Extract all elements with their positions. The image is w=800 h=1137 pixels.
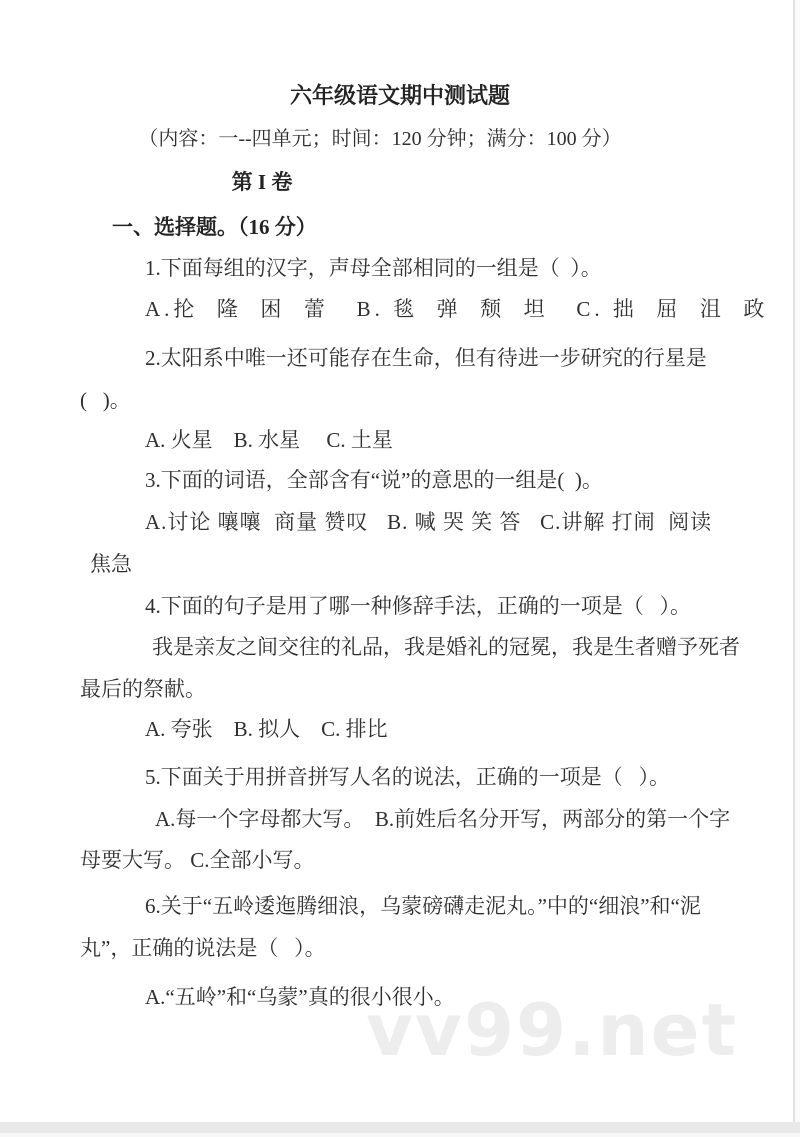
viewer-right-strip	[795, 0, 800, 1122]
q2-text-cont: ( )。	[80, 388, 131, 412]
q6-option-a: A.“五岭”和“乌蒙”真的很小很小。	[145, 985, 455, 1009]
next-page-top	[0, 1133, 800, 1137]
exam-title: 六年级语文期中测试题	[0, 84, 800, 108]
document-viewer: vv99.net 六年级语文期中测试题 （内容：一--四单元；时间：120 分钟…	[0, 0, 800, 1137]
q3-options-cont: 焦急	[90, 552, 132, 576]
exam-meta: （内容：一--四单元；时间：120 分钟；满分：100 分）	[0, 127, 780, 151]
document-page: vv99.net 六年级语文期中测试题 （内容：一--四单元；时间：120 分钟…	[0, 0, 800, 1122]
q4-passage-cont: 最后的祭献。	[80, 677, 206, 701]
q5-options: A.每一个字母都大写。 B.前姓后名分开写，两部分的第一个字	[155, 807, 730, 831]
page-gap	[0, 1122, 800, 1133]
q2-text: 2.太阳系中唯一还可能存在生命，但有待进一步研究的行星是	[145, 346, 707, 370]
volume-heading: 第 I 卷	[0, 170, 662, 194]
q1-options: A.抡 隆 困 蕾 B. 毯 弹 颓 坦 C. 拙 屈 沮 政	[145, 297, 768, 321]
section-heading: 一、选择题。（16 分）	[112, 215, 317, 239]
q4-options: A. 夸张 B. 拟人 C. 排比	[145, 717, 388, 741]
q6-text-cont: 丸”，正确的说法是（ ）。	[80, 936, 326, 960]
q4-text: 4.下面的句子是用了哪一种修辞手法，正确的一项是（ ）。	[145, 594, 691, 618]
q5-text: 5.下面关于用拼音拼写人名的说法，正确的一项是（ ）。	[145, 765, 670, 789]
q3-options: A.讨论 嚷嚷 商量 赞叹 B. 喊 哭 笑 答 C.讲解 打闹 阅读	[145, 510, 712, 534]
q6-text: 6.关于“五岭逶迤腾细浪，乌蒙磅礴走泥丸。”中的“细浪”和“泥	[145, 894, 701, 918]
q2-options: A. 火星 B. 水星 C. 土星	[145, 428, 393, 452]
q3-text: 3.下面的词语，全部含有“说”的意思的一组是( )。	[145, 468, 603, 492]
q4-passage: 我是亲友之间交往的礼品，我是婚礼的冠冕，我是生者赠予死者	[152, 635, 740, 659]
q5-options-cont: 母要大写。 C.全部小写。	[80, 848, 315, 872]
q1-text: 1.下面每组的汉字，声母全部相同的一组是（ ）。	[145, 256, 602, 280]
